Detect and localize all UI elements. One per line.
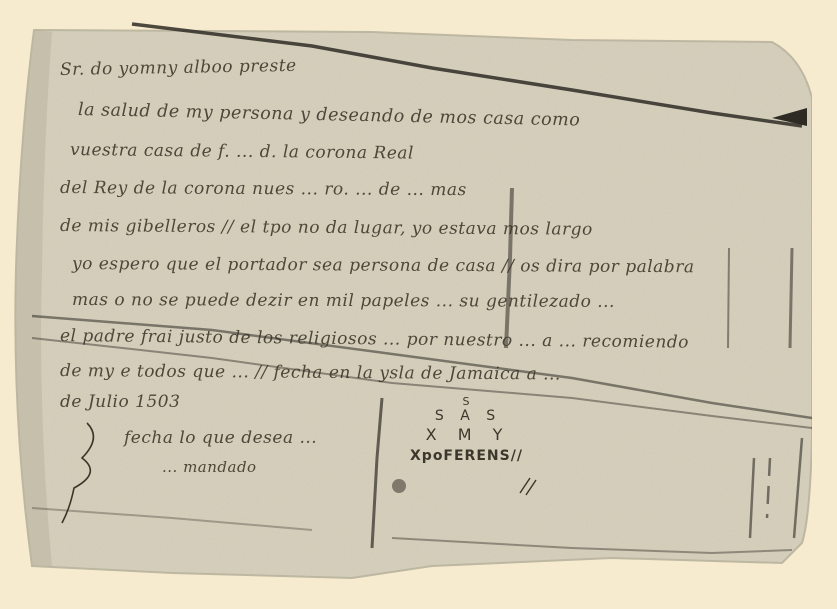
letter-line-10: de Julio 1503 bbox=[60, 392, 180, 412]
letter-line-6: yo espero que el portador sea persona de… bbox=[72, 254, 695, 277]
signature-line-3: X M Y bbox=[416, 425, 520, 444]
letter-line-3: vuestra casa de f. ... d. la corona Real bbox=[70, 140, 414, 164]
signature-line-1: S bbox=[454, 395, 484, 408]
letter-line-1: Sr. do yomny alboo preste bbox=[60, 56, 297, 80]
letter-line-9: de my e todos que ... // fecha en la ysl… bbox=[60, 361, 561, 384]
postscript-line-2: ... mandado bbox=[162, 458, 257, 476]
signature-line-2: S A S bbox=[418, 408, 518, 424]
letter-line-4: del Rey de la corona nues ... ro. ... de… bbox=[60, 178, 467, 200]
letter-sheet: Sr. do yomny alboo preste la salud de my… bbox=[12, 18, 812, 598]
letter-line-7: mas o no se puede dezir en mil papeles .… bbox=[72, 290, 615, 312]
letter-line-5: de mis gibelleros // el tpo no da lugar,… bbox=[60, 216, 593, 240]
postscript-line-1: fecha lo que desea ... bbox=[124, 428, 317, 448]
signature-line-4: XpoFERENS// bbox=[410, 448, 540, 464]
